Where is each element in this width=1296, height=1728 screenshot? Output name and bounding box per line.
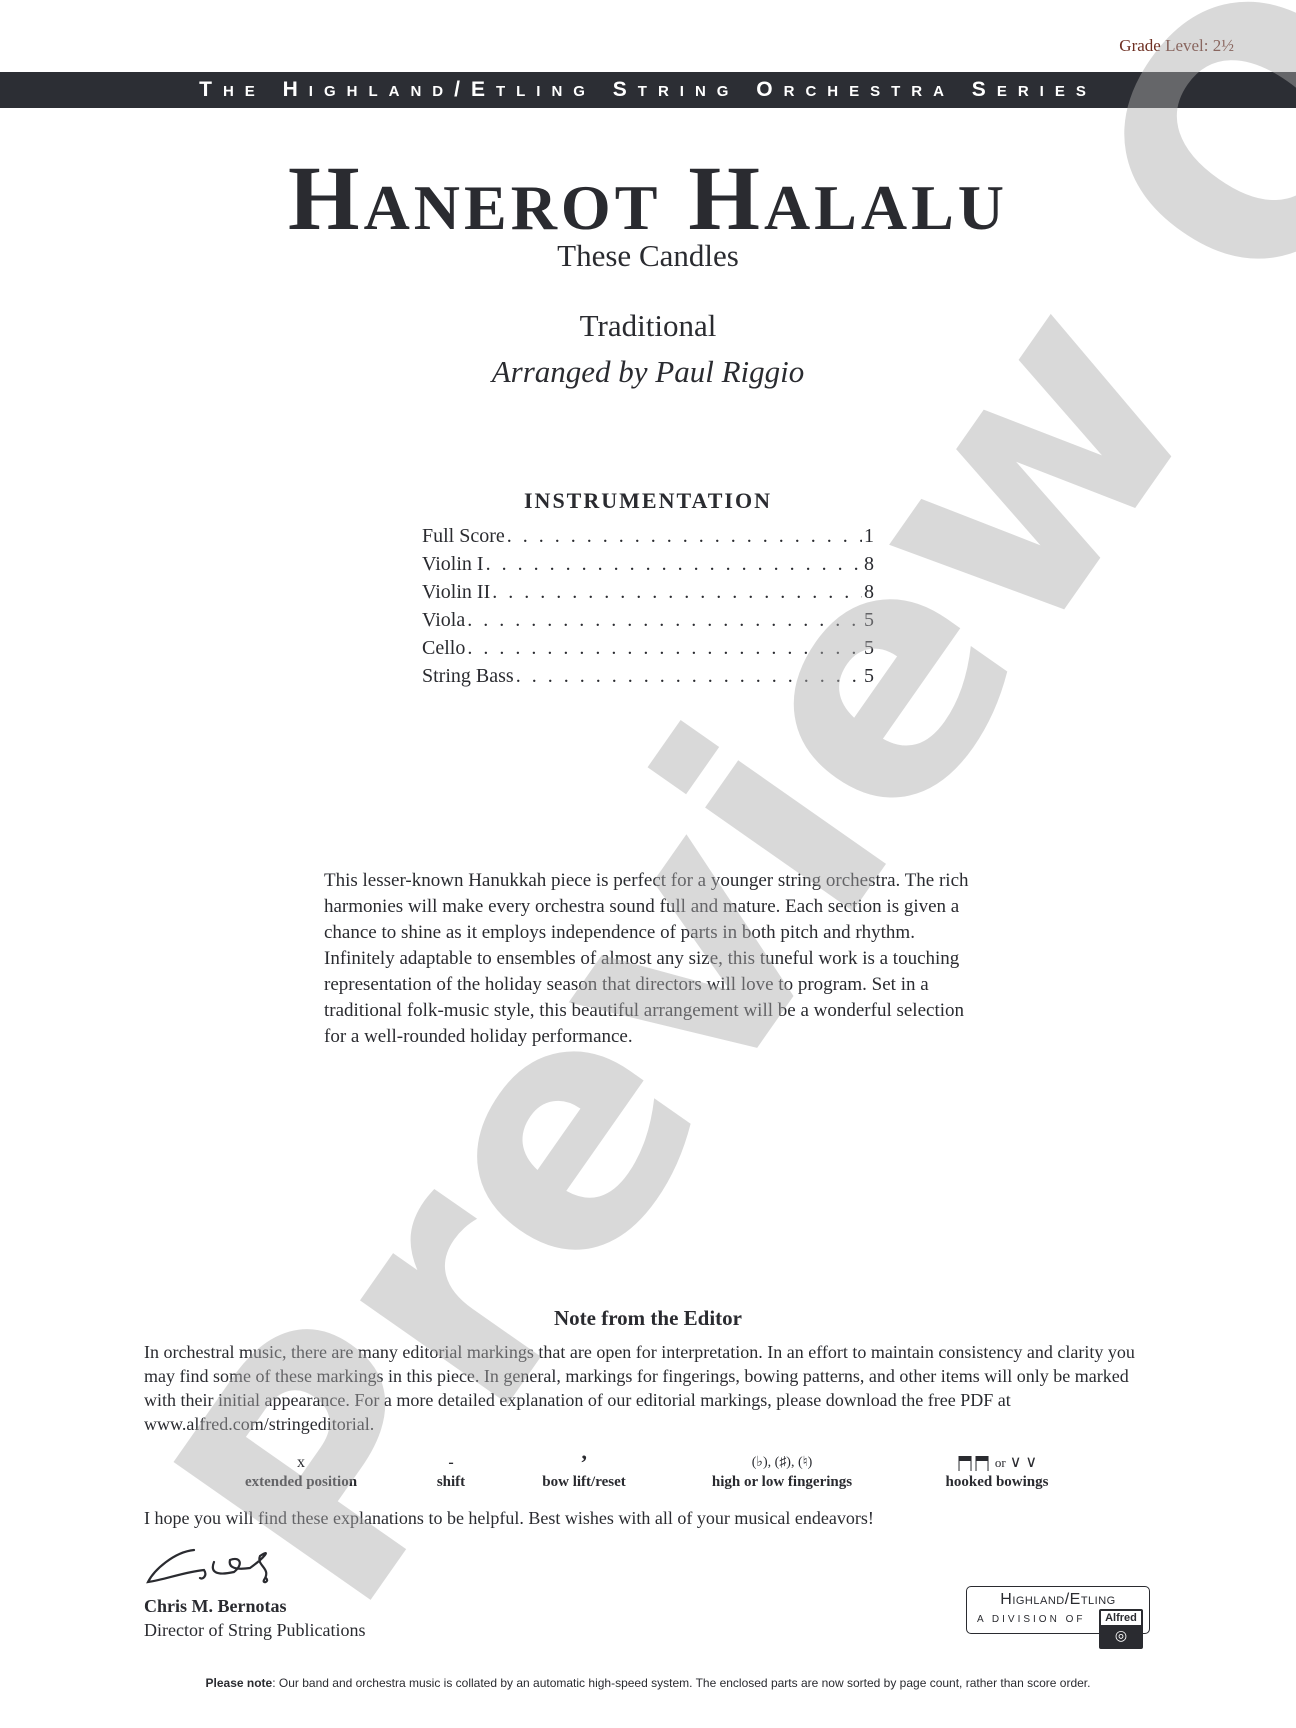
signature-icon [144, 1542, 344, 1588]
marking-fingerings: (♭), (♯), (♮) high or low fingerings [712, 1452, 852, 1491]
piece-title: Hanerot Halalu [0, 148, 1296, 248]
piece-description: This lesser-known Hanukkah piece is perf… [324, 868, 980, 1050]
part-count: 5 [864, 606, 874, 634]
instrumentation-item: Viola 5 [422, 606, 874, 634]
part-name: String Bass [422, 662, 514, 690]
series-title: The Highland/Etling String Orchestra Ser… [199, 78, 1097, 102]
marking-shift: - shift [437, 1452, 465, 1491]
part-name: Cello [422, 634, 465, 662]
marking-hooked-bowings: or ∨ ∨ hooked bowings [946, 1452, 1049, 1491]
part-count: 5 [864, 634, 874, 662]
editor-note-heading: Note from the Editor [0, 1306, 1296, 1331]
part-name: Full Score [422, 522, 505, 550]
part-count: 8 [864, 550, 874, 578]
instrumentation-item: Violin I 8 [422, 550, 874, 578]
arranger: Arranged by Paul Riggio [0, 354, 1296, 390]
dot-leader [467, 606, 862, 634]
up-bow-icon: ∨ ∨ [1010, 1454, 1037, 1471]
signer-name: Chris M. Bernotas [144, 1596, 287, 1617]
marking-bow-lift: ’ bow lift/reset [542, 1452, 625, 1491]
part-count: 5 [864, 662, 874, 690]
accidentals-icon: (♭), (♯), (♮) [712, 1452, 852, 1474]
part-name: Violin II [422, 578, 490, 606]
marking-extended-position: x extended position [245, 1452, 357, 1491]
part-count: 8 [864, 578, 874, 606]
instrumentation-item: Full Score 1 [422, 522, 874, 550]
publisher-logo: Highland/Etling A DIVISION OF Alfred ◎ [966, 1586, 1150, 1634]
editorial-markings-legend: x extended position - shift ’ bow lift/r… [144, 1452, 1154, 1502]
x-mark-icon: x [245, 1452, 357, 1474]
dot-leader [492, 578, 862, 606]
editor-note-body: In orchestral music, there are many edit… [144, 1340, 1154, 1436]
comma-icon: ’ [542, 1452, 625, 1474]
part-count: 1 [864, 522, 874, 550]
dot-leader [516, 662, 862, 690]
piece-subtitle: These Candles [0, 238, 1296, 274]
instrumentation-item: String Bass 5 [422, 662, 874, 690]
grade-level: Grade Level: 2½ [1119, 36, 1234, 56]
editor-closing: I hope you will find these explanations … [144, 1508, 874, 1529]
down-bow-icon [959, 1456, 972, 1471]
instrumentation-item: Cello 5 [422, 634, 874, 662]
instrumentation-list: Full Score 1 Violin I 8 Violin II 8 Viol… [422, 522, 874, 690]
dot-leader [486, 550, 862, 578]
collation-note: Please note: Our band and orchestra musi… [0, 1676, 1296, 1690]
dot-leader [467, 634, 862, 662]
dot-leader [507, 522, 862, 550]
series-banner: The Highland/Etling String Orchestra Ser… [0, 72, 1296, 108]
signer-title: Director of String Publications [144, 1620, 365, 1641]
alfred-logo-icon: Alfred ◎ [1099, 1609, 1143, 1649]
instrumentation-heading: INSTRUMENTATION [0, 488, 1296, 514]
shift-dash-icon: - [437, 1452, 465, 1474]
part-name: Violin I [422, 550, 484, 578]
composer: Traditional [0, 308, 1296, 344]
instrumentation-item: Violin II 8 [422, 578, 874, 606]
down-bow-icon [976, 1456, 989, 1471]
part-name: Viola [422, 606, 465, 634]
